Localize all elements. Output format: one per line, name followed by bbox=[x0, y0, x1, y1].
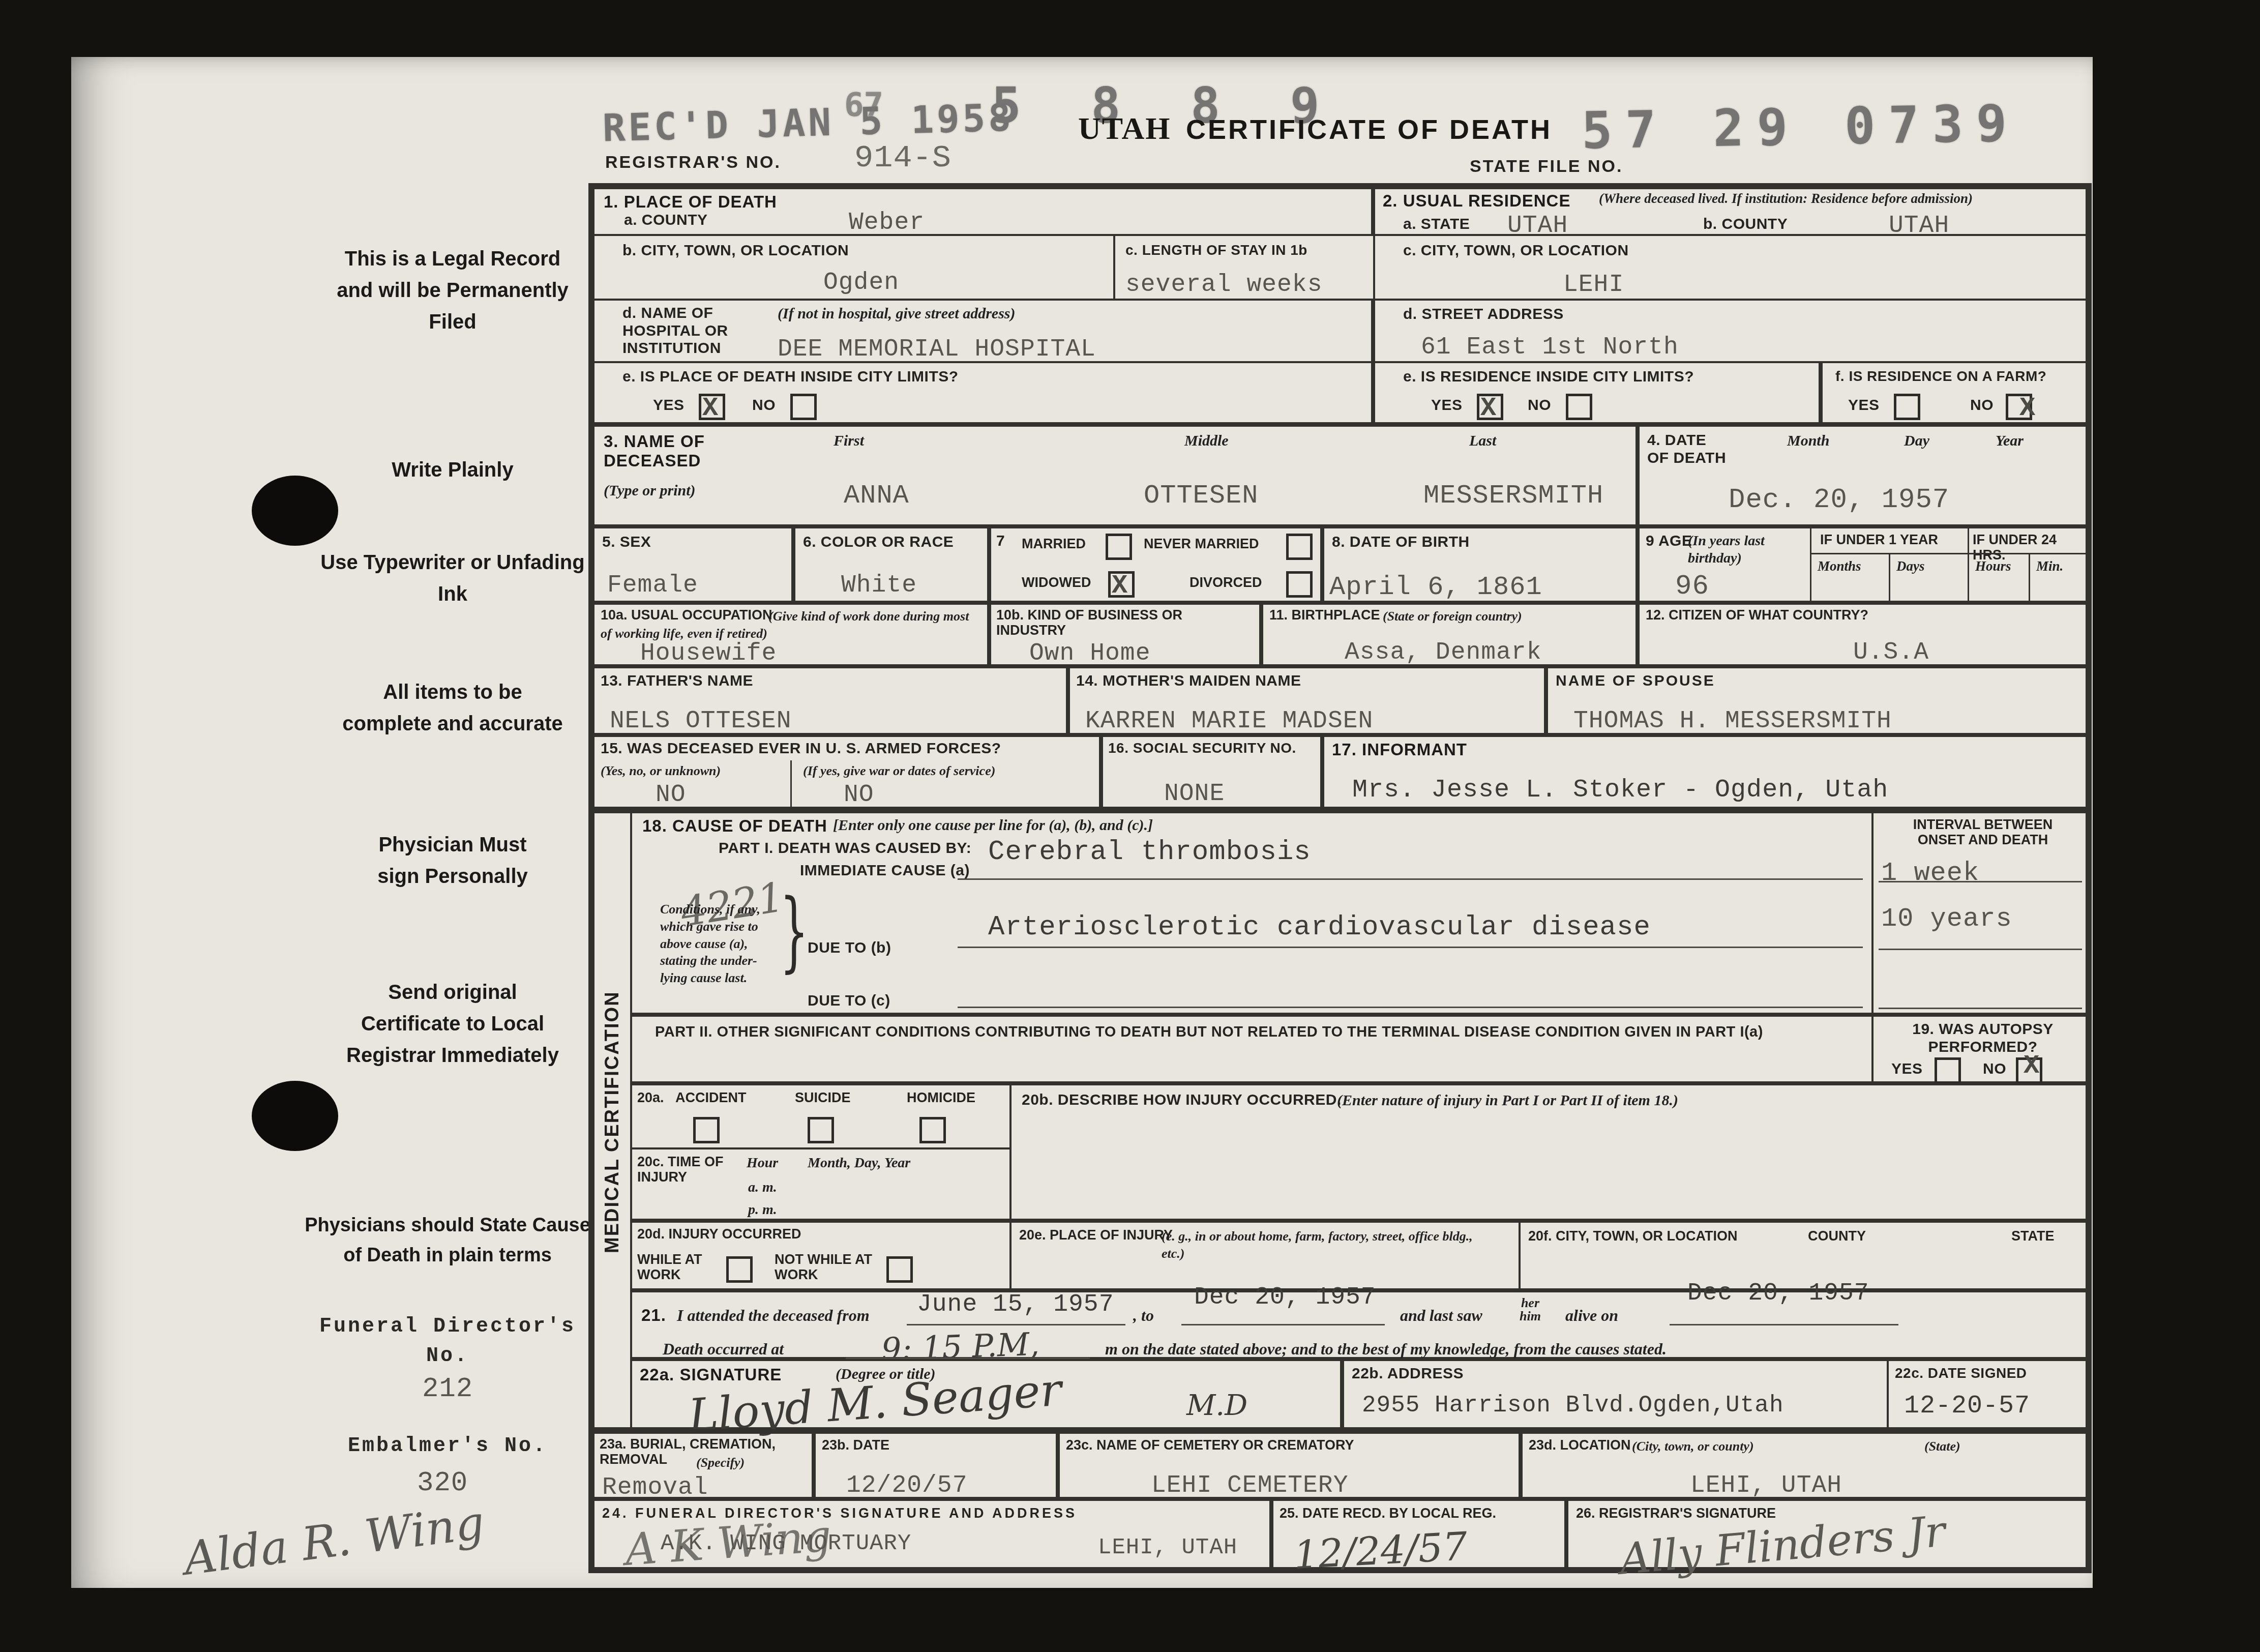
field-label: c. CITY, TOWN, OR LOCATION bbox=[1403, 242, 1629, 260]
last-name-value: MESSERSMITH bbox=[1423, 483, 1603, 509]
physician-degree: M.D bbox=[1186, 1392, 1247, 1420]
field-label: 22c. DATE SIGNED bbox=[1895, 1365, 2027, 1381]
residence-city-value: LEHI bbox=[1563, 273, 1624, 297]
blank-line bbox=[1879, 1008, 2082, 1009]
field-4-date-of-death: 4. DATE OF DEATH Month Day Year Dec. 20,… bbox=[1638, 422, 2088, 526]
field-note: (City, town, or county) bbox=[1632, 1438, 1754, 1455]
months-label: Months bbox=[1818, 558, 1861, 574]
occupation-value: Housewife bbox=[640, 641, 777, 666]
field-23b-date: 23b. DATE 12/20/57 bbox=[814, 1429, 1058, 1499]
divorced-label: DIVORCED bbox=[1190, 575, 1262, 591]
homicide-checkbox bbox=[919, 1117, 946, 1143]
field-note: (Specify) bbox=[696, 1454, 745, 1471]
field-label: 19. WAS AUTOPSY PERFORMED? bbox=[1891, 1021, 2074, 1056]
field-label: e. IS RESIDENCE INSIDE CITY LIMITS? bbox=[1403, 368, 1694, 386]
field-1c-length-of-stay: c. LENGTH OF STAY IN 1b several weeks bbox=[1113, 234, 1375, 301]
field-23a-burial-type: 23a. BURIAL, CREMATION, REMOVAL (Specify… bbox=[592, 1429, 814, 1499]
field-note: [Enter only one cause per line for (a), … bbox=[833, 816, 1153, 835]
field-9-age: 9 AGE (In years last birthday) 96 IF UND… bbox=[1638, 526, 2088, 603]
burial-type-value: Removal bbox=[602, 1476, 708, 1500]
field-label: 13. FATHER'S NAME bbox=[601, 672, 753, 690]
field-3-name-of-deceased: 3. NAME OF DECEASED (Type or print) Firs… bbox=[592, 422, 1638, 526]
physician-address-value: 2955 Harrison Blvd.Ogden,Utah bbox=[1362, 1394, 1784, 1417]
county-of-death-value: Weber bbox=[849, 211, 925, 235]
field-2d-street-address: d. STREET ADDRESS 61 East 1st North bbox=[1373, 299, 2088, 363]
field-14-mother: 14. MOTHER'S MAIDEN NAME KARREN MARIE MA… bbox=[1068, 666, 1546, 735]
field-note: (State or foreign country) bbox=[1383, 608, 1522, 625]
him-label: him bbox=[1520, 1310, 1541, 1323]
embalmers-no-label: Embalmer's No. bbox=[300, 1432, 595, 1461]
street-address-value: 61 East 1st North bbox=[1421, 335, 1679, 360]
field-2f-farm: f. IS RESIDENCE ON A FARM? YES NO X bbox=[1821, 361, 2088, 424]
field-label: 23b. DATE bbox=[822, 1438, 889, 1453]
field-label: 6. COLOR OR RACE bbox=[803, 534, 954, 551]
checkbox-mark: X bbox=[2024, 1051, 2039, 1081]
field-20d-injury-occurred: 20d. INJURY OCCURRED WHILE AT WORK NOT W… bbox=[630, 1221, 1012, 1290]
immediate-cause-value: Cerebral thrombosis bbox=[988, 839, 1311, 866]
field-label: e. IS PLACE OF DEATH INSIDE CITY LIMITS? bbox=[622, 368, 959, 386]
field-label: 3. NAME OF DECEASED bbox=[604, 432, 736, 470]
field-label: 20c. TIME OF INJURY bbox=[637, 1155, 739, 1185]
field-label: 17. INFORMANT bbox=[1332, 740, 1467, 759]
no-checkbox bbox=[790, 394, 817, 420]
burial-location-value: LEHI, UTAH bbox=[1690, 1473, 1842, 1498]
blank-line bbox=[958, 947, 1863, 948]
field-label: 20f. CITY, TOWN, OR LOCATION bbox=[1528, 1229, 1738, 1244]
field-number: 21. bbox=[641, 1306, 666, 1325]
checkbox-mark: X bbox=[1480, 393, 1496, 423]
no-checkbox: X bbox=[2016, 1057, 2042, 1084]
margin-note-complete-accurate: All items to be complete and accurate bbox=[336, 676, 570, 740]
no-label: NO bbox=[1970, 397, 1994, 415]
state-file-no-label: STATE FILE NO. bbox=[1470, 157, 1623, 176]
field-spouse: NAME OF SPOUSE THOMAS H. MESSERSMITH bbox=[1546, 666, 2088, 735]
field-17-informant: 17. INFORMANT Mrs. Jesse L. Stoker - Ogd… bbox=[1322, 735, 2088, 809]
citizen-value: U.S.A bbox=[1853, 640, 1929, 665]
field-22b-address: 22b. ADDRESS 2955 Harrison Blvd.Ogden,Ut… bbox=[1342, 1359, 1889, 1429]
blank-line bbox=[1670, 1324, 1898, 1325]
state-note: (State) bbox=[1924, 1438, 1960, 1455]
mortuary-name-value: A.K. WING MORTUARY bbox=[661, 1532, 911, 1555]
field-label: NAME OF SPOUSE bbox=[1556, 672, 1715, 690]
field-label: 23d. LOCATION bbox=[1529, 1438, 1631, 1453]
interval-a-value: 1 week bbox=[1881, 860, 1979, 887]
statement-text: , to bbox=[1133, 1306, 1154, 1325]
yes-checkbox bbox=[1894, 394, 1920, 420]
punch-hole-bottom bbox=[252, 1081, 338, 1151]
field-23d-location: 23d. LOCATION (City, town, or county) (S… bbox=[1521, 1429, 2088, 1499]
checkbox-mark: X bbox=[702, 393, 718, 423]
yes-label: YES bbox=[1848, 397, 1880, 415]
funeral-directors-no-label: Funeral Director's No. bbox=[300, 1312, 595, 1371]
accident-label: ACCIDENT bbox=[675, 1090, 747, 1106]
field-20c-time-of-injury: 20c. TIME OF INJURY Hour Month, Day, Yea… bbox=[630, 1147, 1012, 1221]
field-label: c. LENGTH OF STAY IN 1b bbox=[1125, 242, 1307, 258]
scanned-death-certificate: This is a Legal Record and will be Perma… bbox=[0, 0, 2260, 1652]
field-label: 8. DATE OF BIRTH bbox=[1332, 534, 1470, 551]
field-label: d. NAME OF HOSPITAL OR INSTITUTION bbox=[622, 305, 765, 358]
field-label: 9 AGE bbox=[1646, 533, 1692, 550]
field-20e-place-of-injury: 20e. PLACE OF INJURY (e. g., in or about… bbox=[1009, 1221, 1521, 1290]
am-label: a. m. bbox=[748, 1179, 777, 1196]
suicide-checkbox bbox=[808, 1117, 834, 1143]
field-label: 20d. INJURY OCCURRED bbox=[637, 1227, 801, 1242]
part1-label: PART I. DEATH WAS CAUSED BY: bbox=[719, 840, 971, 858]
immediate-cause-label: IMMEDIATE CAUSE (a) bbox=[800, 862, 970, 880]
field-label: 25. DATE RECD. BY LOCAL REG. bbox=[1280, 1506, 1554, 1521]
due-to-b-label: DUE TO (b) bbox=[808, 939, 891, 957]
registrars-no-value: 914-S bbox=[854, 142, 951, 174]
never-married-checkbox bbox=[1286, 534, 1313, 560]
yes-label: YES bbox=[1891, 1060, 1923, 1078]
birthplace-value: Assa, Denmark bbox=[1345, 640, 1541, 665]
business-value: Own Home bbox=[1029, 641, 1150, 666]
state-header: STATE bbox=[2011, 1229, 2055, 1244]
field-6-color-or-race: 6. COLOR OR RACE White bbox=[793, 526, 989, 603]
field-18-interval-column: INTERVAL BETWEEN ONSET AND DEATH 1 week … bbox=[1871, 809, 2088, 1015]
margin-note-typewriter: Use Typewriter or Unfading Ink bbox=[305, 547, 600, 610]
field-1d-hospital: d. NAME OF HOSPITAL OR INSTITUTION (If n… bbox=[592, 299, 1373, 363]
hours-label: Hours bbox=[1975, 558, 2011, 574]
sex-value: Female bbox=[607, 573, 698, 598]
hospital-value: DEE MEMORIAL HOSPITAL bbox=[778, 337, 1096, 362]
date-of-birth-value: April 6, 1861 bbox=[1329, 574, 1542, 601]
field-23c-cemetery: 23c. NAME OF CEMETERY OR CREMATORY LEHI … bbox=[1058, 1429, 1521, 1499]
divider bbox=[1810, 528, 1811, 601]
blank-line bbox=[1879, 881, 2082, 882]
field-label: b. CITY, TOWN, OR LOCATION bbox=[622, 242, 849, 260]
min-label: Min. bbox=[2036, 558, 2063, 574]
field-note: (In years last birthday) bbox=[1688, 533, 1805, 567]
field-label: 1. PLACE OF DEATH bbox=[604, 192, 777, 212]
field-label: 16. SOCIAL SECURITY NO. bbox=[1108, 740, 1322, 756]
brace: } bbox=[780, 881, 809, 983]
homicide-label: HOMICIDE bbox=[907, 1090, 975, 1106]
funeral-directors-no-value: 212 bbox=[422, 1376, 473, 1403]
field-22a-signature: 22a. SIGNATURE (Degree or title) Lloyd M… bbox=[630, 1359, 1342, 1429]
field-label: a. STATE bbox=[1403, 216, 1470, 233]
embalmers-no-value: 320 bbox=[417, 1470, 468, 1497]
yes-checkbox: X bbox=[699, 394, 725, 420]
middle-label: Middle bbox=[1184, 432, 1229, 450]
due-to-c-label: DUE TO (c) bbox=[808, 992, 890, 1010]
statement-text: and last saw bbox=[1400, 1306, 1482, 1325]
field-label: b. COUNTY bbox=[1703, 216, 1788, 233]
field-note: (Enter nature of injury in Part I or Par… bbox=[1337, 1091, 1678, 1110]
days-label: Days bbox=[1896, 558, 1925, 574]
under-1-year-label: IF UNDER 1 YEAR bbox=[1820, 533, 1938, 548]
certificate-title-rest: CERTIFICATE OF DEATH bbox=[1186, 114, 1552, 145]
margin-note-plain-terms: Physicians should State Cause of Death i… bbox=[300, 1211, 595, 1271]
yes-label: YES bbox=[1431, 397, 1463, 415]
due-to-b-value: Arteriosclerotic cardiovascular disease bbox=[988, 914, 1651, 941]
divider bbox=[790, 760, 792, 807]
blank-line bbox=[958, 878, 1863, 880]
hour-label: Hour bbox=[747, 1155, 778, 1172]
part2-label: PART II. OTHER SIGNIFICANT CONDITIONS CO… bbox=[655, 1024, 1855, 1041]
year-label: Year bbox=[1996, 432, 2024, 450]
while-at-work-checkbox bbox=[726, 1256, 753, 1283]
field-label: 2. USUAL RESIDENCE bbox=[1383, 191, 1570, 211]
married-label: MARRIED bbox=[1022, 537, 1086, 552]
field-note: (Give kind of work done during most of w… bbox=[601, 608, 982, 642]
margin-note-write-plainly: Write Plainly bbox=[310, 454, 595, 486]
accident-checkbox bbox=[693, 1117, 720, 1143]
field-label: 26. REGISTRAR'S SIGNATURE bbox=[1576, 1506, 1776, 1521]
certificate-title-state: UTAH bbox=[1078, 111, 1171, 146]
field-22c-date-signed: 22c. DATE SIGNED 12-20-57 bbox=[1887, 1359, 2088, 1429]
no-label: NO bbox=[1983, 1060, 2006, 1078]
field-1b-city: b. CITY, TOWN, OR LOCATION Ogden bbox=[592, 234, 1115, 301]
father-name-value: NELS OTTESEN bbox=[610, 709, 792, 733]
not-while-at-work-checkbox bbox=[886, 1256, 913, 1283]
field-label: 15. WAS DECEASED EVER IN U. S. ARMED FOR… bbox=[601, 740, 1001, 758]
ssn-value: NONE bbox=[1164, 782, 1225, 806]
received-stamp-extra: 67 bbox=[844, 89, 883, 122]
first-name-value: ANNA bbox=[844, 483, 909, 509]
field-label: 23c. NAME OF CEMETERY OR CREMATORY bbox=[1066, 1438, 1354, 1453]
field-label: 20b. DESCRIBE HOW INJURY OCCURRED. bbox=[1022, 1091, 1342, 1109]
date-signed-value: 12-20-57 bbox=[1904, 1394, 2030, 1419]
county-header: COUNTY bbox=[1808, 1229, 1866, 1244]
field-16-ssn: 16. SOCIAL SECURITY NO. NONE bbox=[1101, 735, 1322, 809]
field-2-usual-residence: 2. USUAL RESIDENCE (Where deceased lived… bbox=[1373, 187, 2088, 236]
field-10b-business: 10b. KIND OF BUSINESS OR INDUSTRY Own Ho… bbox=[989, 603, 1261, 666]
field-18-part2: PART II. OTHER SIGNIFICANT CONDITIONS CO… bbox=[630, 1015, 1874, 1083]
field-note: (Where deceased lived. If institution: R… bbox=[1599, 191, 2082, 206]
no-label: NO bbox=[752, 397, 776, 415]
field-label: 5. SEX bbox=[602, 534, 651, 551]
checkbox-mark: X bbox=[2019, 393, 2035, 423]
attended-from-value: June 15, 1957 bbox=[917, 1292, 1114, 1317]
statement-text: alive on bbox=[1565, 1306, 1618, 1325]
blank-line bbox=[907, 1324, 1125, 1325]
field-label: a. COUNTY bbox=[624, 212, 708, 229]
field-20b-describe-injury: 20b. DESCRIBE HOW INJURY OCCURRED. (Ente… bbox=[1009, 1083, 2088, 1221]
yes-label: YES bbox=[653, 397, 685, 415]
field-label: 18. CAUSE OF DEATH bbox=[642, 816, 827, 836]
received-date-stamp: REC'D JAN 5 1958 bbox=[602, 99, 1014, 147]
field-note: (Yes, no, or unknown) bbox=[601, 762, 721, 780]
no-label: NO bbox=[1528, 397, 1551, 415]
margin-note-legal-record: This is a Legal Record and will be Perma… bbox=[336, 243, 570, 338]
statement-text: I attended the deceased from bbox=[677, 1306, 870, 1325]
punch-hole-top bbox=[252, 476, 338, 546]
medical-certification-strip: MEDICAL CERTIFICATION bbox=[592, 809, 632, 1429]
field-note: (If not in hospital, give street address… bbox=[778, 305, 1016, 323]
her-him-stack: her him bbox=[1520, 1296, 1541, 1323]
field-label: 4. DATE OF DEATH bbox=[1647, 432, 1729, 467]
field-1-county: 1. PLACE OF DEATH a. COUNTY Weber bbox=[592, 187, 1373, 236]
no-checkbox bbox=[1566, 394, 1592, 420]
armed-forces-service-value: NO bbox=[844, 783, 874, 807]
field-label: 10b. KIND OF BUSINESS OR INDUSTRY bbox=[996, 608, 1256, 638]
month-label: Month bbox=[1787, 432, 1829, 450]
divider bbox=[1968, 528, 1969, 601]
informant-value: Mrs. Jesse L. Stoker - Ogden, Utah bbox=[1352, 778, 1888, 803]
certificate-title: UTAH CERTIFICATE OF DEATH bbox=[1078, 111, 1552, 147]
field-label: 11. BIRTHPLACE bbox=[1269, 608, 1380, 623]
divider bbox=[2029, 553, 2030, 601]
field-note: (If yes, give war or dates of service) bbox=[803, 762, 995, 780]
interval-b-value: 10 years bbox=[1881, 906, 2012, 932]
age-value: 96 bbox=[1675, 573, 1709, 601]
field-18-cause-of-death: 18. CAUSE OF DEATH [Enter only one cause… bbox=[630, 809, 1874, 1015]
spouse-name-value: THOMAS H. MESSERSMITH bbox=[1573, 709, 1892, 733]
statement-text: Death occurred at bbox=[663, 1339, 784, 1359]
attended-to-value: Dec 20, 1957 bbox=[1194, 1285, 1376, 1310]
armed-forces-value: NO bbox=[656, 783, 686, 807]
field-12-citizen: 12. CITIZEN OF WHAT COUNTRY? U.S.A bbox=[1638, 603, 2088, 666]
no-checkbox: X bbox=[2006, 394, 2032, 420]
yes-checkbox bbox=[1935, 1057, 1961, 1084]
conditions-note: Conditions, if any, which gave rise to a… bbox=[660, 901, 777, 987]
field-7-marital-status: 7 MARRIED NEVER MARRIED WIDOWED X DIVORC… bbox=[989, 526, 1322, 603]
field-19-autopsy: 19. WAS AUTOPSY PERFORMED? YES NO X bbox=[1871, 1015, 2088, 1083]
field-2c-city: c. CITY, TOWN, OR LOCATION LEHI bbox=[1373, 234, 2088, 301]
state-file-no-stamp: 57 29 0739 bbox=[1581, 98, 2020, 156]
field-15-armed-forces: 15. WAS DECEASED EVER IN U. S. ARMED FOR… bbox=[592, 735, 1101, 809]
blank-line bbox=[1879, 949, 2082, 950]
field-25-date-received: 25. DATE RECD. BY LOCAL REG. 12/24/57 bbox=[1271, 1499, 1566, 1569]
blank-line bbox=[1181, 1324, 1385, 1325]
date-received-value: 12/24/57 bbox=[1293, 1527, 1468, 1575]
field-label: 20e. PLACE OF INJURY bbox=[1019, 1228, 1173, 1243]
never-married-label: NEVER MARRIED bbox=[1144, 537, 1259, 552]
field-label: d. STREET ADDRESS bbox=[1403, 306, 1564, 323]
field-10a-occupation: 10a. USUAL OCCUPATION (Give kind of work… bbox=[592, 603, 989, 666]
field-label: 22b. ADDRESS bbox=[1352, 1365, 1464, 1383]
middle-name-value: OTTESEN bbox=[1144, 483, 1258, 509]
while-at-work-label: WHILE AT WORK bbox=[637, 1252, 724, 1282]
race-value: White bbox=[841, 573, 917, 598]
last-label: Last bbox=[1469, 432, 1496, 450]
field-number: 7 bbox=[996, 533, 1005, 550]
suicide-label: SUICIDE bbox=[795, 1090, 851, 1106]
day-label: Day bbox=[1904, 432, 1929, 450]
not-while-at-work-label: NOT WHILE AT WORK bbox=[775, 1252, 876, 1282]
burial-date-value: 12/20/57 bbox=[846, 1473, 967, 1498]
her-label: her bbox=[1520, 1296, 1541, 1310]
cemetery-value: LEHI CEMETERY bbox=[1151, 1473, 1348, 1498]
registrars-no-label: REGISTRAR'S NO. bbox=[605, 153, 781, 172]
yes-checkbox: X bbox=[1477, 394, 1503, 420]
mother-name-value: KARREN MARIE MADSEN bbox=[1085, 709, 1373, 733]
field-note: (e. g., in or about home, farm, factory,… bbox=[1162, 1228, 1497, 1262]
field-number: 20a. bbox=[637, 1090, 664, 1106]
statement-text: m on the date stated above; and to the b… bbox=[1105, 1339, 1667, 1359]
field-26-registrar-signature: 26. REGISTRAR'S SIGNATURE Ally Flinders … bbox=[1566, 1499, 2088, 1569]
length-of-stay-value: several weeks bbox=[1125, 273, 1322, 297]
divider bbox=[1810, 553, 2086, 554]
interval-header: INTERVAL BETWEEN ONSET AND DEATH bbox=[1889, 817, 2077, 847]
field-label: 24. FUNERAL DIRECTOR'S SIGNATURE AND ADD… bbox=[602, 1506, 1077, 1521]
field-8-date-of-birth: 8. DATE OF BIRTH April 6, 1861 bbox=[1322, 526, 1638, 603]
margin-note-send-original: Send original Certificate to Local Regis… bbox=[346, 977, 559, 1071]
field-20a-accident-suicide-homicide: 20a. ACCIDENT SUICIDE HOMICIDE bbox=[630, 1083, 1012, 1149]
field-13-father: 13. FATHER'S NAME NELS OTTESEN bbox=[592, 666, 1068, 735]
field-label: f. IS RESIDENCE ON A FARM? bbox=[1835, 368, 2046, 385]
date-of-death-value: Dec. 20, 1957 bbox=[1729, 487, 1949, 514]
divorced-checkbox bbox=[1286, 571, 1313, 598]
field-24-funeral-director: 24. FUNERAL DIRECTOR'S SIGNATURE AND ADD… bbox=[592, 1499, 1271, 1569]
last-seen-value: Dec 20, 1957 bbox=[1687, 1281, 1869, 1306]
field-21-attendance-statement: 21. I attended the deceased from June 15… bbox=[630, 1290, 2088, 1359]
month-day-year-label: Month, Day, Year bbox=[808, 1155, 910, 1172]
widowed-checkbox: X bbox=[1108, 571, 1135, 598]
field-label: 22a. SIGNATURE bbox=[640, 1365, 782, 1384]
pm-label: p. m. bbox=[748, 1201, 777, 1219]
field-label: 12. CITIZEN OF WHAT COUNTRY? bbox=[1646, 608, 1868, 623]
field-2e-city-limits: e. IS RESIDENCE INSIDE CITY LIMITS? YES … bbox=[1373, 361, 1821, 424]
blank-line bbox=[958, 1007, 1863, 1008]
field-note: (Type or print) bbox=[604, 482, 696, 500]
medical-certification-label: MEDICAL CERTIFICATION bbox=[602, 818, 623, 1426]
margin-note-physician-sign: Physician Must sign Personally bbox=[356, 829, 549, 892]
checkbox-mark: X bbox=[1112, 571, 1127, 601]
married-checkbox bbox=[1106, 534, 1132, 560]
field-5-sex: 5. SEX Female bbox=[592, 526, 793, 603]
city-of-death-value: Ogden bbox=[823, 271, 899, 295]
field-11-birthplace: 11. BIRTHPLACE (State or foreign country… bbox=[1261, 603, 1638, 666]
first-label: First bbox=[834, 432, 864, 450]
field-1e-city-limits: e. IS PLACE OF DEATH INSIDE CITY LIMITS?… bbox=[592, 361, 1373, 424]
widowed-label: WIDOWED bbox=[1022, 575, 1091, 591]
field-label: 14. MOTHER'S MAIDEN NAME bbox=[1076, 672, 1301, 690]
mortuary-location-value: LEHI, UTAH bbox=[1098, 1537, 1237, 1559]
divider bbox=[1889, 553, 1890, 601]
